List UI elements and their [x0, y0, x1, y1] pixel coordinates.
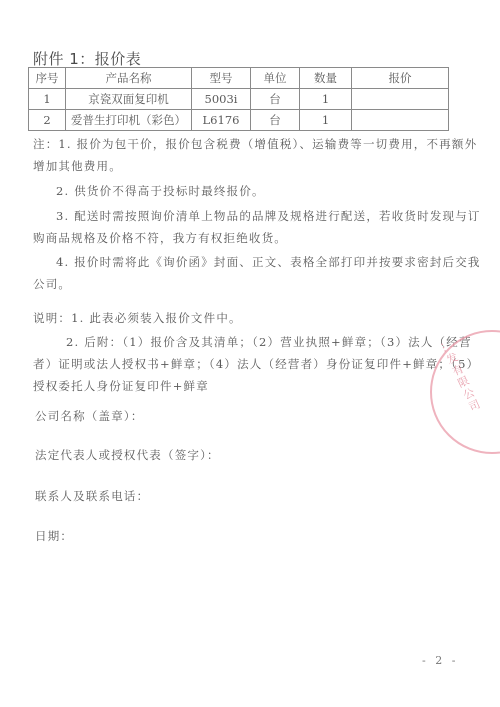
table-header-row: 序号 产品名称 型号 单位 数量 报价 [29, 68, 449, 89]
table-row: 1 京瓷双面复印机 5003i 台 1 [29, 89, 449, 110]
cell-price [352, 89, 449, 110]
note-2: 2. 供货价不得高于投标时最终报价。 [56, 180, 265, 202]
cell-index: 1 [29, 89, 66, 110]
date-field: 日期： [35, 528, 73, 544]
header-product-name: 产品名称 [66, 68, 192, 89]
note-1-line-2: 增加其他费用。 [33, 155, 122, 177]
instruction-2-line-2: 者）证明或法人授权书+鲜章；（4）法人（经营者）身份证复印件+鲜章；（5） [33, 353, 479, 375]
header-model: 型号 [192, 68, 251, 89]
quote-table: 序号 产品名称 型号 单位 数量 报价 1 京瓷双面复印机 5003i 台 1 … [28, 67, 449, 131]
header-quantity: 数量 [300, 68, 352, 89]
cell-quantity: 1 [300, 110, 352, 131]
cell-price [352, 110, 449, 131]
page-number: - 2 - [422, 654, 458, 667]
cell-index: 2 [29, 110, 66, 131]
document-title: 附件 1：报价表 [33, 48, 141, 69]
cell-quantity: 1 [300, 89, 352, 110]
representative-signature-field: 法定代表人或授权代表（签字）： [35, 447, 220, 463]
note-3-line-1: 3. 配送时需按照询价清单上物品的品牌及规格进行配送，若收货时发现与订 [56, 205, 481, 227]
note-4-line-1: 4. 报价时需将此《询价函》封面、正文、表格全部打印并按要求密封后交我 [56, 251, 481, 273]
instruction-1: 说明：1. 此表必须装入报价文件中。 [33, 307, 242, 329]
cell-product-name: 爱普生打印机（彩色） [66, 110, 192, 131]
instruction-2-line-3: 授权委托人身份证复印件+鲜章 [33, 375, 209, 397]
note-4-line-2: 公司。 [33, 273, 71, 295]
cell-model: 5003i [192, 89, 251, 110]
note-1-line-1: 注：1. 报价为包干价，报价包含税费（增值税）、运输费等一切费用，不再额外 [33, 133, 477, 155]
document-page: 附件 1：报价表 序号 产品名称 型号 单位 数量 报价 1 京瓷双面复印机 5… [0, 0, 500, 707]
contact-field: 联系人及联系电话： [35, 488, 149, 504]
header-index: 序号 [29, 68, 66, 89]
cell-product-name: 京瓷双面复印机 [66, 89, 192, 110]
header-price: 报价 [352, 68, 449, 89]
header-unit: 单位 [251, 68, 300, 89]
cell-unit: 台 [251, 89, 300, 110]
table-row: 2 爱普生打印机（彩色） L6176 台 1 [29, 110, 449, 131]
cell-unit: 台 [251, 110, 300, 131]
note-3-line-2: 购商品规格及价格不符，我方有权拒绝收货。 [33, 227, 287, 249]
company-name-field: 公司名称（盖章）： [35, 408, 144, 424]
instruction-2-line-1: 2. 后附：（1）报价含及其清单；（2）营业执照+鲜章；（3）法人（经营 [66, 331, 472, 353]
cell-model: L6176 [192, 110, 251, 131]
